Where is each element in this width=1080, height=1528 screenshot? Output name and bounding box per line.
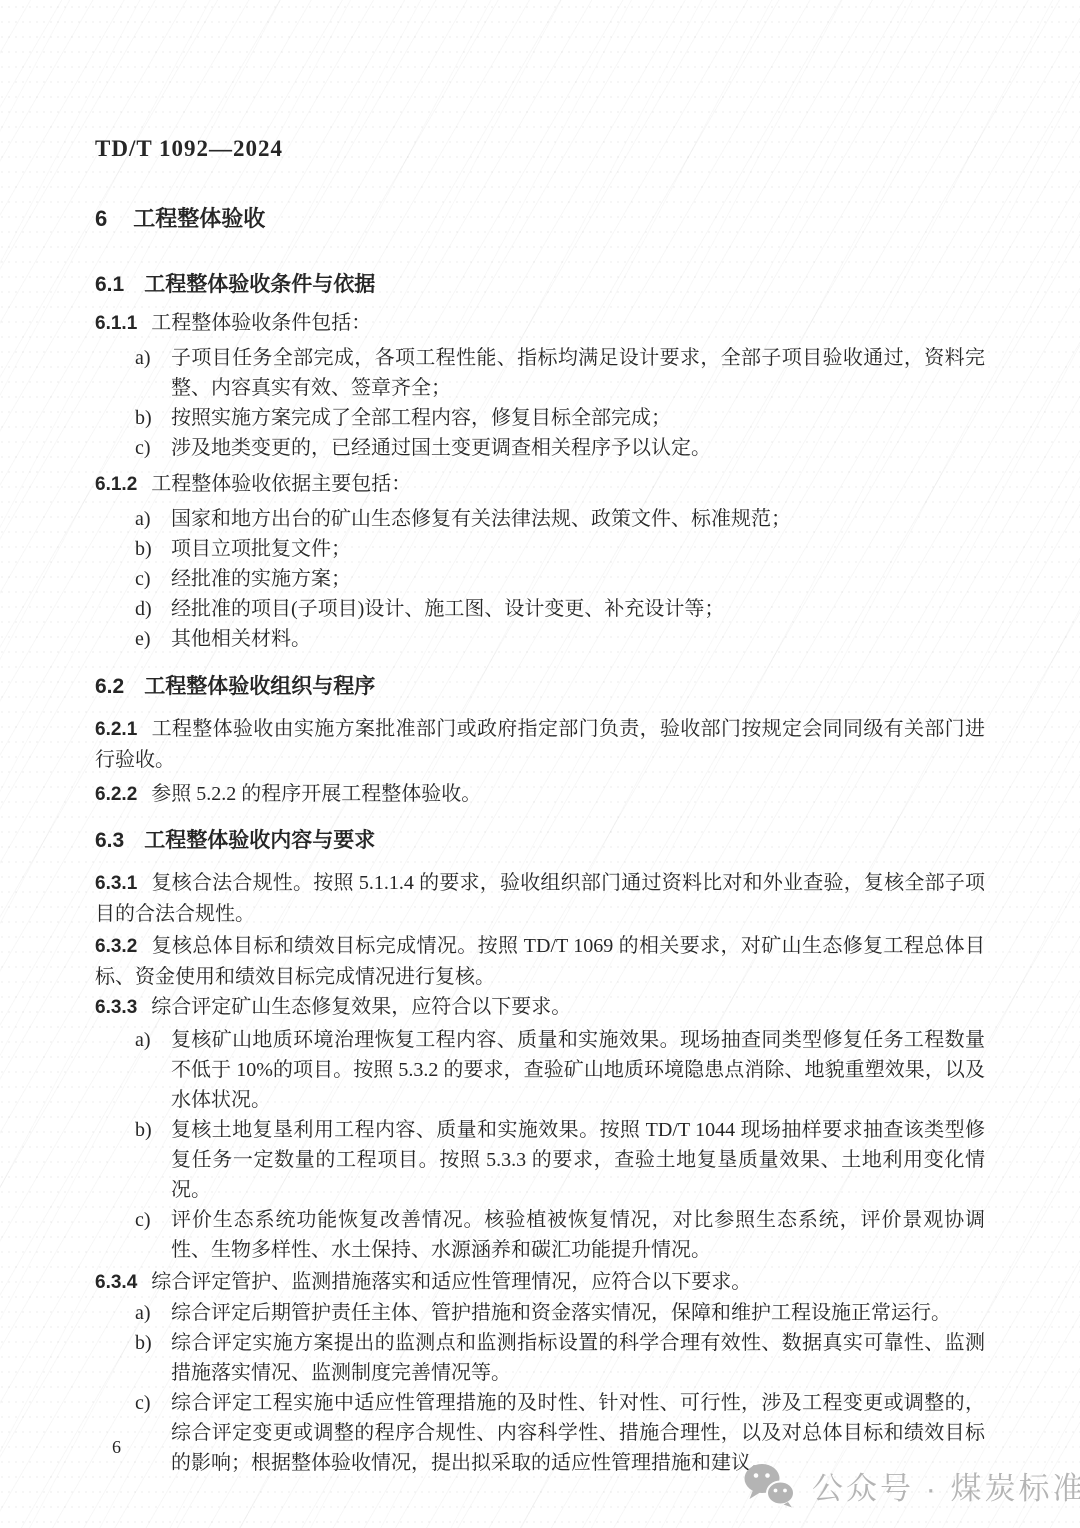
section-heading-6-1: 6.1工程整体验收条件与依据 — [95, 270, 985, 300]
list-item: b)按照实施方案完成了全部工程内容，修复目标全部完成； — [95, 403, 985, 433]
wechat-icon — [742, 1462, 796, 1508]
list-item: b)综合评定实施方案提出的监测点和监测指标设置的科学合理有效性、数据真实可靠性、… — [95, 1328, 985, 1388]
list-item: a)子项目任务全部完成，各项工程性能、指标均满足设计要求，全部子项目验收通过，资… — [95, 343, 985, 403]
list-6-3-4: a)综合评定后期管护责任主体、管护措施和资金落实情况，保障和维护工程设施正常运行… — [95, 1298, 985, 1478]
list-item: c)经批准的实施方案； — [95, 564, 985, 594]
list-item: b)项目立项批复文件； — [95, 534, 985, 564]
item-text: 项目立项批复文件； — [171, 534, 985, 564]
clause-6-3-4: 6.3.4综合评定管护、监测措施落实和适应性管理情况，应符合以下要求。 — [95, 1267, 985, 1298]
list-item: a)复核矿山地质环境治理恢复工程内容、质量和实施效果。现场抽查同类型修复任务工程… — [95, 1025, 985, 1115]
item-label: b) — [135, 403, 171, 433]
clause-text: 参照 5.2.2 的程序开展工程整体验收。 — [151, 783, 481, 805]
item-text: 子项目任务全部完成，各项工程性能、指标均满足设计要求，全部子项目验收通过，资料完… — [171, 343, 985, 403]
list-item: e)其他相关材料。 — [95, 624, 985, 654]
clause-text: 复核合法合规性。按照 5.1.1.4 的要求，验收组织部门通过资料比对和外业查验… — [95, 872, 985, 925]
section-title: 工程整体验收组织与程序 — [144, 675, 375, 698]
item-text: 按照实施方案完成了全部工程内容，修复目标全部完成； — [171, 403, 985, 433]
list-6-1-1: a)子项目任务全部完成，各项工程性能、指标均满足设计要求，全部子项目验收通过，资… — [95, 343, 985, 463]
standard-number: TD/T 1092—2024 — [95, 136, 985, 162]
item-label: a) — [135, 504, 171, 534]
section-title: 工程整体验收内容与要求 — [144, 829, 375, 852]
clause-number: 6.3.3 — [95, 997, 137, 1018]
item-text: 经批准的实施方案； — [171, 564, 985, 594]
item-label: c) — [135, 433, 171, 463]
chapter-heading-6: 6工程整体验收 — [95, 204, 985, 234]
clause-number: 6.3.2 — [95, 936, 137, 957]
list-item: c)评价生态系统功能恢复改善情况。核验植被恢复情况，对比参照生态系统，评价景观协… — [95, 1205, 985, 1265]
list-item: a)综合评定后期管护责任主体、管护措施和资金落实情况，保障和维护工程设施正常运行… — [95, 1298, 985, 1328]
list-6-3-3: a)复核矿山地质环境治理恢复工程内容、质量和实施效果。现场抽查同类型修复任务工程… — [95, 1025, 985, 1265]
section-heading-6-2: 6.2工程整体验收组织与程序 — [95, 672, 985, 702]
clause-6-2-2: 6.2.2参照 5.2.2 的程序开展工程整体验收。 — [95, 779, 985, 810]
clause-text: 工程整体验收依据主要包括： — [151, 473, 411, 495]
clause-text: 综合评定矿山生态修复效果，应符合以下要求。 — [151, 996, 571, 1018]
section-heading-6-3: 6.3工程整体验收内容与要求 — [95, 826, 985, 856]
section-number: 6.2 — [95, 675, 124, 698]
item-label: a) — [135, 343, 171, 403]
section-number: 6.3 — [95, 829, 124, 852]
clause-6-1-2: 6.1.2工程整体验收依据主要包括： — [95, 469, 985, 500]
item-text: 评价生态系统功能恢复改善情况。核验植被恢复情况，对比参照生态系统，评价景观协调性… — [171, 1205, 985, 1265]
clause-text: 复核总体目标和绩效目标完成情况。按照 TD/T 1069 的相关要求，对矿山生态… — [95, 935, 985, 988]
item-label: e) — [135, 624, 171, 654]
list-item: b)复核土地复垦利用工程内容、质量和实施效果。按照 TD/T 1044 现场抽样… — [95, 1115, 985, 1205]
clause-text: 工程整体验收由实施方案批准部门或政府指定部门负责，验收部门按规定会同同级有关部门… — [95, 718, 985, 771]
page-content: TD/T 1092—2024 6工程整体验收 6.1工程整体验收条件与依据 6.… — [0, 0, 1080, 1478]
item-text: 复核土地复垦利用工程内容、质量和实施效果。按照 TD/T 1044 现场抽样要求… — [171, 1115, 985, 1205]
item-label: c) — [135, 1205, 171, 1265]
clause-6-1-1: 6.1.1工程整体验收条件包括： — [95, 308, 985, 339]
clause-text: 工程整体验收条件包括： — [151, 312, 371, 334]
list-item: d)经批准的项目(子项目)设计、施工图、设计变更、补充设计等； — [95, 594, 985, 624]
clause-number: 6.3.4 — [95, 1272, 137, 1293]
clause-6-3-1: 6.3.1复核合法合规性。按照 5.1.1.4 的要求，验收组织部门通过资料比对… — [95, 868, 985, 929]
watermark: 公众号 · 煤炭标准 — [742, 1462, 1080, 1508]
item-text: 复核矿山地质环境治理恢复工程内容、质量和实施效果。现场抽查同类型修复任务工程数量… — [171, 1025, 985, 1115]
item-label: c) — [135, 1388, 171, 1478]
document-page: TD/T 1092—2024 6工程整体验收 6.1工程整体验收条件与依据 6.… — [0, 0, 1080, 1528]
item-text: 国家和地方出台的矿山生态修复有关法律法规、政策文件、标准规范； — [171, 504, 985, 534]
item-label: c) — [135, 564, 171, 594]
section-title: 工程整体验收条件与依据 — [144, 273, 375, 296]
clause-6-3-2: 6.3.2复核总体目标和绩效目标完成情况。按照 TD/T 1069 的相关要求，… — [95, 931, 985, 992]
clause-number: 6.2.2 — [95, 784, 137, 805]
clause-number: 6.1.2 — [95, 474, 137, 495]
chapter-title: 工程整体验收 — [133, 206, 265, 231]
list-6-1-2: a)国家和地方出台的矿山生态修复有关法律法规、政策文件、标准规范； b)项目立项… — [95, 504, 985, 654]
item-label: b) — [135, 1328, 171, 1388]
clause-number: 6.1.1 — [95, 313, 137, 334]
clause-number: 6.3.1 — [95, 873, 137, 894]
list-item: a)国家和地方出台的矿山生态修复有关法律法规、政策文件、标准规范； — [95, 504, 985, 534]
item-text: 其他相关材料。 — [171, 624, 985, 654]
item-text: 经批准的项目(子项目)设计、施工图、设计变更、补充设计等； — [171, 594, 985, 624]
section-number: 6.1 — [95, 273, 124, 296]
item-text: 综合评定实施方案提出的监测点和监测指标设置的科学合理有效性、数据真实可靠性、监测… — [171, 1328, 985, 1388]
item-label: b) — [135, 534, 171, 564]
clause-text: 综合评定管护、监测措施落实和适应性管理情况，应符合以下要求。 — [151, 1271, 751, 1293]
item-label: b) — [135, 1115, 171, 1205]
item-label: a) — [135, 1025, 171, 1115]
item-label: d) — [135, 594, 171, 624]
page-number: 6 — [112, 1436, 121, 1458]
chapter-number: 6 — [95, 206, 107, 231]
watermark-text: 公众号 · 煤炭标准 — [812, 1463, 1080, 1508]
item-label: a) — [135, 1298, 171, 1328]
item-text: 涉及地类变更的，已经通过国土变更调查相关程序予以认定。 — [171, 433, 985, 463]
clause-6-3-3: 6.3.3综合评定矿山生态修复效果，应符合以下要求。 — [95, 992, 985, 1023]
clause-6-2-1: 6.2.1工程整体验收由实施方案批准部门或政府指定部门负责，验收部门按规定会同同… — [95, 714, 985, 775]
list-item: c)涉及地类变更的，已经通过国土变更调查相关程序予以认定。 — [95, 433, 985, 463]
item-text: 综合评定后期管护责任主体、管护措施和资金落实情况，保障和维护工程设施正常运行。 — [171, 1298, 985, 1328]
clause-number: 6.2.1 — [95, 719, 137, 740]
